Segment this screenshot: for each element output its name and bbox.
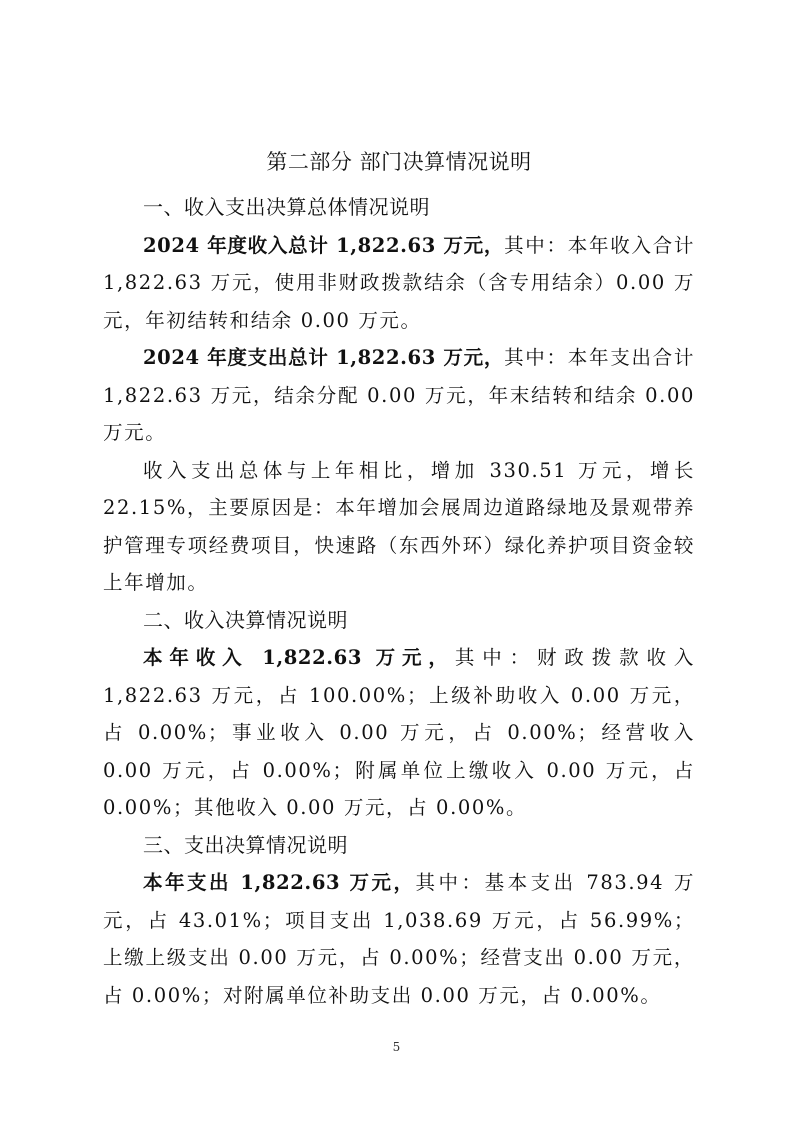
section-income: 二、收入决算情况说明 本年收入 1,822.63 万元，其中：财政拨款收入 1,… [103, 602, 695, 827]
section-heading: 二、收入决算情况说明 [103, 602, 695, 640]
section-overall: 一、收入支出决算总体情况说明 2024 年度收入总计 1,822.63 万元，其… [103, 189, 695, 602]
section-heading: 三、支出决算情况说明 [103, 827, 695, 865]
section-expense: 三、支出决算情况说明 本年支出 1,822.63 万元，其中：基本支出 783.… [103, 827, 695, 1015]
paragraph-lead: 本年支出 1,822.63 万元， [143, 871, 416, 894]
paragraph-expense-detail: 本年支出 1,822.63 万元，其中：基本支出 783.94 万元，占 43.… [103, 864, 695, 1014]
paragraph-body: 收入支出总体与上年相比，增加 330.51 万元，增长 22.15%，主要原因是… [103, 459, 695, 595]
paragraph-body: 其中：财政拨款收入 1,822.63 万元，占 100.00%；上级补助收入 0… [103, 646, 695, 819]
paragraph-income-detail: 本年收入 1,822.63 万元，其中：财政拨款收入 1,822.63 万元，占… [103, 639, 695, 827]
paragraph-expense-total: 2024 年度支出总计 1,822.63 万元，其中：本年支出合计 1,822.… [103, 339, 695, 452]
document-title: 第二部分 部门决算情况说明 [103, 146, 695, 179]
paragraph-lead: 本年收入 1,822.63 万元， [143, 646, 455, 669]
paragraph-year-comparison: 收入支出总体与上年相比，增加 330.51 万元，增长 22.15%，主要原因是… [103, 452, 695, 602]
document-page: 第二部分 部门决算情况说明 一、收入支出决算总体情况说明 2024 年度收入总计… [103, 146, 695, 1014]
paragraph-lead: 2024 年度支出总计 1,822.63 万元， [143, 346, 504, 369]
paragraph-lead: 2024 年度收入总计 1,822.63 万元， [143, 234, 504, 257]
paragraph-income-total: 2024 年度收入总计 1,822.63 万元，其中：本年收入合计 1,822.… [103, 227, 695, 340]
section-heading: 一、收入支出决算总体情况说明 [103, 189, 695, 227]
page-number: 5 [0, 1040, 793, 1054]
